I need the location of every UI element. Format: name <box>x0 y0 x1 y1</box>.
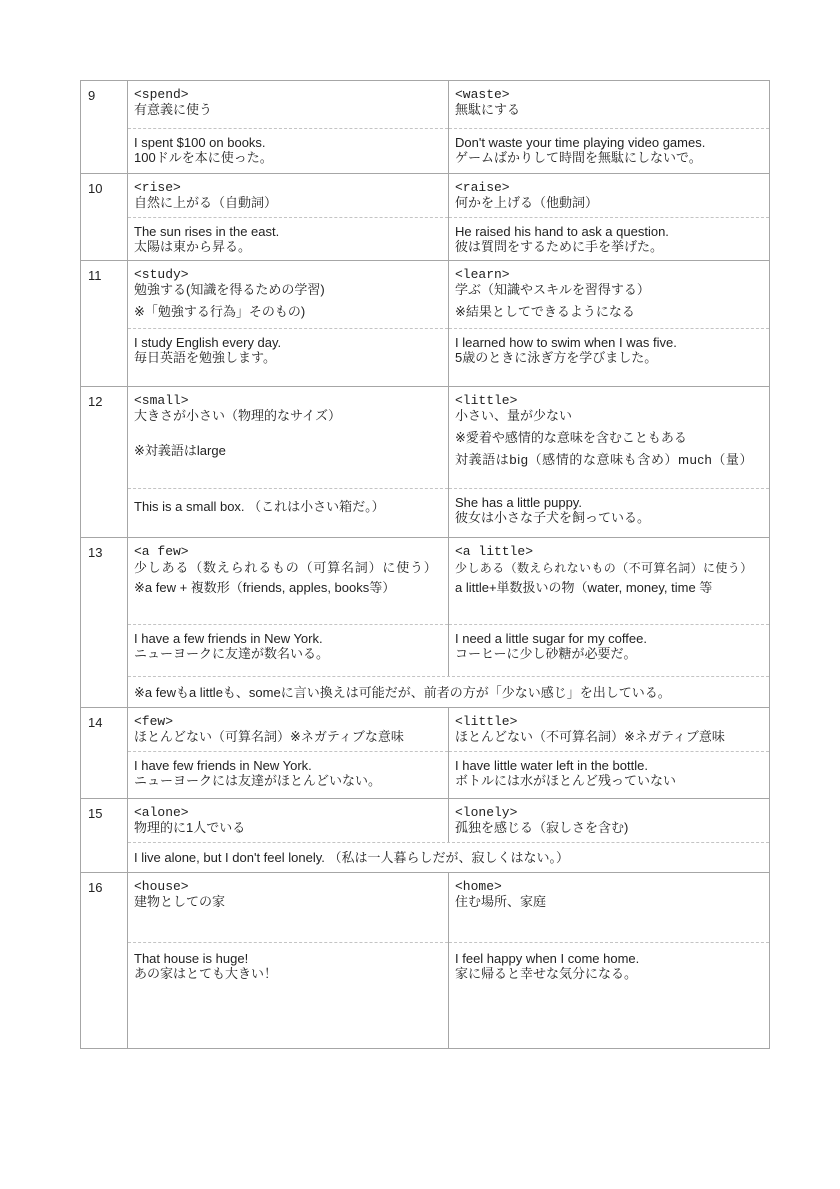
word-note: ※「勉強する行為」そのもの) <box>134 303 442 320</box>
word-cell-left: <few> ほとんどない（可算名詞）※ネガティブな意味 I have few f… <box>128 708 449 799</box>
example-ja: 毎日英語を勉強します。 <box>134 350 442 365</box>
example-en: I feel happy when I come home. <box>455 951 763 966</box>
word-cell-left: <spend> 有意義に使う I spent $100 on books. 10… <box>128 81 449 174</box>
word-cell-right: <little> ほとんどない（不可算名詞）※ネガティブ意味 I have li… <box>449 708 770 799</box>
word-cell-left: <alone> 物理的に1人でいる <box>128 799 449 843</box>
word-note: ※結果としてできるようになる <box>455 303 763 320</box>
word-label: <waste> <box>455 87 763 102</box>
word-cell-right: <little> 小さい、量が少ない ※愛着や感情的な意味を含むこともある 対義… <box>449 387 770 538</box>
example-ja: 彼は質問をするために手を挙げた。 <box>455 239 763 254</box>
full-width-note: ※a fewもa littleも、someに言い換えは可能だが、前者の方が「少な… <box>128 676 769 705</box>
row-number: 10 <box>81 174 128 261</box>
example-ja: ニューヨークには友達がほとんどいない。 <box>134 773 442 788</box>
word-cell-right: <learn> 学ぶ（知識やスキルを習得する） ※結果としてできるようになる I… <box>449 261 770 387</box>
example-en: That house is huge! <box>134 951 442 966</box>
example-ja: 太陽は東から昇る。 <box>134 239 442 254</box>
table-row: 12 <small> 大きさが小さい（物理的なサイズ） ※対義語はlarge T… <box>81 387 770 538</box>
example-ja: 100ドルを本に使った。 <box>134 150 442 165</box>
example-en: The sun rises in the east. <box>134 224 442 239</box>
table-row: 15 <alone> 物理的に1人でいる <lonely> 孤独を感じる（寂しさ… <box>81 799 770 843</box>
full-width-example-cell: I live alone, but I don't feel lonely. （… <box>128 842 770 872</box>
word-label: <rise> <box>134 180 442 195</box>
word-cell-right: <raise> 何かを上げる（他動詞） He raised his hand t… <box>449 174 770 261</box>
example-en: I learned how to swim when I was five. <box>455 335 763 350</box>
row-number: 15 <box>81 799 128 873</box>
example-ja: 家に帰ると幸せな気分になる。 <box>455 966 763 981</box>
word-meaning: 自然に上がる（自動詞） <box>134 195 442 211</box>
word-meaning: 小さい、量が少ない <box>455 408 763 424</box>
word-cell-left: <a few> 少しある（数えられるもの（可算名詞）に使う） ※a few + … <box>128 538 449 676</box>
example-ja: あの家はとても大きい！ <box>134 966 442 981</box>
word-label: <few> <box>134 714 442 729</box>
word-label: <home> <box>455 879 763 894</box>
word-label: <small> <box>134 393 442 408</box>
word-cell-right: <lonely> 孤独を感じる（寂しさを含む) <box>449 799 770 843</box>
example-en: Don't waste your time playing video game… <box>455 135 763 150</box>
word-label: <learn> <box>455 267 763 282</box>
row-number: 16 <box>81 872 128 1048</box>
word-label: <study> <box>134 267 442 282</box>
example-ja: ボトルには水がほとんど残っていない <box>455 773 763 788</box>
word-meaning: 物理的に1人でいる <box>134 820 442 836</box>
word-label: <lonely> <box>455 805 763 820</box>
word-meaning: 学ぶ（知識やスキルを習得する） <box>455 282 763 298</box>
table-row-example: I live alone, but I don't feel lonely. （… <box>81 842 770 872</box>
word-note: 対義語はbig（感情的な意味も含め）much（量） <box>455 451 763 468</box>
word-note: ※愛着や感情的な意味を含むこともある <box>455 429 763 446</box>
word-meaning: 何かを上げる（他動詞） <box>455 195 763 211</box>
example-ja: ゲームばかりして時間を無駄にしないで。 <box>455 150 763 165</box>
example-en: He raised his hand to ask a question. <box>455 224 763 239</box>
word-cell-left: <small> 大きさが小さい（物理的なサイズ） ※対義語はlarge This… <box>128 387 449 538</box>
word-meaning: 大きさが小さい（物理的なサイズ） <box>134 408 442 424</box>
word-note: a little+単数扱いの物（water, money, time 等 <box>455 579 763 596</box>
example-en: I have little water left in the bottle. <box>455 758 763 773</box>
word-cell-right: <home> 住む場所、家庭 I feel happy when I come … <box>449 872 770 1048</box>
example-ja: ニューヨークに友達が数名いる。 <box>134 646 442 661</box>
word-meaning: 孤独を感じる（寂しさを含む) <box>455 820 763 836</box>
word-label: <a few> <box>134 544 442 559</box>
example-en: I have a few friends in New York. <box>134 631 442 646</box>
example-en: I study English every day. <box>134 335 442 350</box>
word-cell-right: <a little> 少しある（数えられないもの（不可算名詞）に使う） a li… <box>449 538 770 676</box>
example-en: This is a small box. （これは小さい箱だ。） <box>134 499 442 514</box>
word-label: <raise> <box>455 180 763 195</box>
example-en: I have few friends in New York. <box>134 758 442 773</box>
full-width-example: I live alone, but I don't feel lonely. （… <box>128 842 769 870</box>
word-cell-right: <waste> 無駄にする Don't waste your time play… <box>449 81 770 174</box>
word-meaning: 建物としての家 <box>134 894 442 910</box>
word-cell-left: <house> 建物としての家 That house is huge! あの家は… <box>128 872 449 1048</box>
vocabulary-table: 9 <spend> 有意義に使う I spent $100 on books. … <box>80 80 770 1049</box>
table-row: 16 <house> 建物としての家 That house is huge! あ… <box>81 872 770 1048</box>
word-note: ※a few + 複数形（friends, apples, books等） <box>134 579 442 596</box>
row-number: 11 <box>81 261 128 387</box>
table-row: 10 <rise> 自然に上がる（自動詞） The sun rises in t… <box>81 174 770 261</box>
example-en: She has a little puppy. <box>455 495 763 510</box>
table-row: 11 <study> 勉強する(知識を得るための学習) ※「勉強する行為」そのも… <box>81 261 770 387</box>
word-meaning: 少しある（数えられるもの（可算名詞）に使う） <box>134 559 442 577</box>
word-cell-left: <study> 勉強する(知識を得るための学習) ※「勉強する行為」そのもの) … <box>128 261 449 387</box>
word-label: <a little> <box>455 544 763 559</box>
word-meaning: ほとんどない（不可算名詞）※ネガティブ意味 <box>455 729 763 745</box>
row-number: 14 <box>81 708 128 799</box>
example-ja: コーヒーに少し砂糖が必要だ。 <box>455 646 763 661</box>
table-row: 13 <a few> 少しある（数えられるもの（可算名詞）に使う） ※a few… <box>81 538 770 676</box>
word-label: <alone> <box>134 805 442 820</box>
word-meaning: 勉強する(知識を得るための学習) <box>134 282 442 298</box>
word-meaning: 住む場所、家庭 <box>455 894 763 910</box>
row-number: 13 <box>81 538 128 708</box>
row-number: 12 <box>81 387 128 538</box>
table-row: 14 <few> ほとんどない（可算名詞）※ネガティブな意味 I have fe… <box>81 708 770 799</box>
word-label: <spend> <box>134 87 442 102</box>
example-ja: 5歳のときに泳ぎ方を学びました。 <box>455 350 763 365</box>
word-cell-left: <rise> 自然に上がる（自動詞） The sun rises in the … <box>128 174 449 261</box>
example-en: I spent $100 on books. <box>134 135 442 150</box>
word-note: ※対義語はlarge <box>134 442 442 459</box>
word-meaning: 有意義に使う <box>134 102 442 118</box>
word-label: <little> <box>455 714 763 729</box>
word-meaning: 無駄にする <box>455 102 763 118</box>
word-label: <house> <box>134 879 442 894</box>
word-meaning: ほとんどない（可算名詞）※ネガティブな意味 <box>134 729 442 745</box>
table-row-note: ※a fewもa littleも、someに言い換えは可能だが、前者の方が「少な… <box>81 676 770 708</box>
example-ja: 彼女は小さな子犬を飼っている。 <box>455 510 763 525</box>
table-row: 9 <spend> 有意義に使う I spent $100 on books. … <box>81 81 770 174</box>
word-label: <little> <box>455 393 763 408</box>
row-number: 9 <box>81 81 128 174</box>
word-meaning: 少しある（数えられないもの（不可算名詞）に使う） <box>455 559 763 577</box>
example-en: I need a little sugar for my coffee. <box>455 631 763 646</box>
full-width-note-cell: ※a fewもa littleも、someに言い換えは可能だが、前者の方が「少な… <box>128 676 770 708</box>
